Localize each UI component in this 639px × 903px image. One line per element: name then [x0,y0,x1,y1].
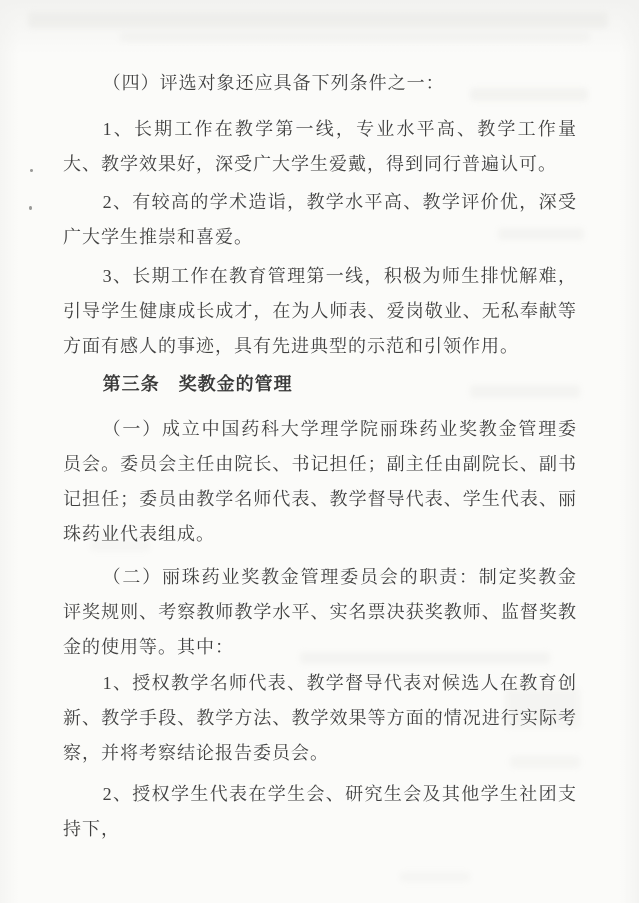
body-paragraph: （四）评选对象还应具备下列条件之一： [63,66,577,101]
body-paragraph: 3、长期工作在教育管理第一线，积极为师生排忧解难，引导学生健康成长成才，在为人师… [63,259,577,364]
section-heading: 第三条 奖教金的管理 [63,367,577,402]
body-paragraph: 1、长期工作在教学第一线，专业水平高、教学工作量大、教学效果好，深受广大学生爱戴… [63,112,577,182]
body-paragraph: 2、授权学生代表在学生会、研究生会及其他学生社团支持下， [63,777,577,847]
body-paragraph: （一）成立中国药科大学理学院丽珠药业奖教金管理委员会。委员会主任由院长、书记担任… [63,412,577,552]
scan-smudge [400,872,470,882]
body-paragraph: 1、授权教学名师代表、教学督导代表对候选人在教育创新、教学手段、教学方法、教学效… [63,666,577,771]
ink-speck [30,169,33,172]
scan-smudge [28,12,608,28]
scanned-document-page: （四）评选对象还应具备下列条件之一： 1、长期工作在教学第一线，专业水平高、教学… [0,0,639,903]
scan-smudge [120,32,590,42]
body-paragraph: （二）丽珠药业奖教金管理委员会的职责：制定奖教金评奖规则、考察教师教学水平、实名… [63,560,577,665]
body-paragraph: 2、有较高的学术造诣，教学水平高、教学评价优，深受广大学生推崇和喜爱。 [63,185,577,255]
ink-speck [29,206,32,210]
document-body: （四）评选对象还应具备下列条件之一： 1、长期工作在教学第一线，专业水平高、教学… [63,66,577,847]
